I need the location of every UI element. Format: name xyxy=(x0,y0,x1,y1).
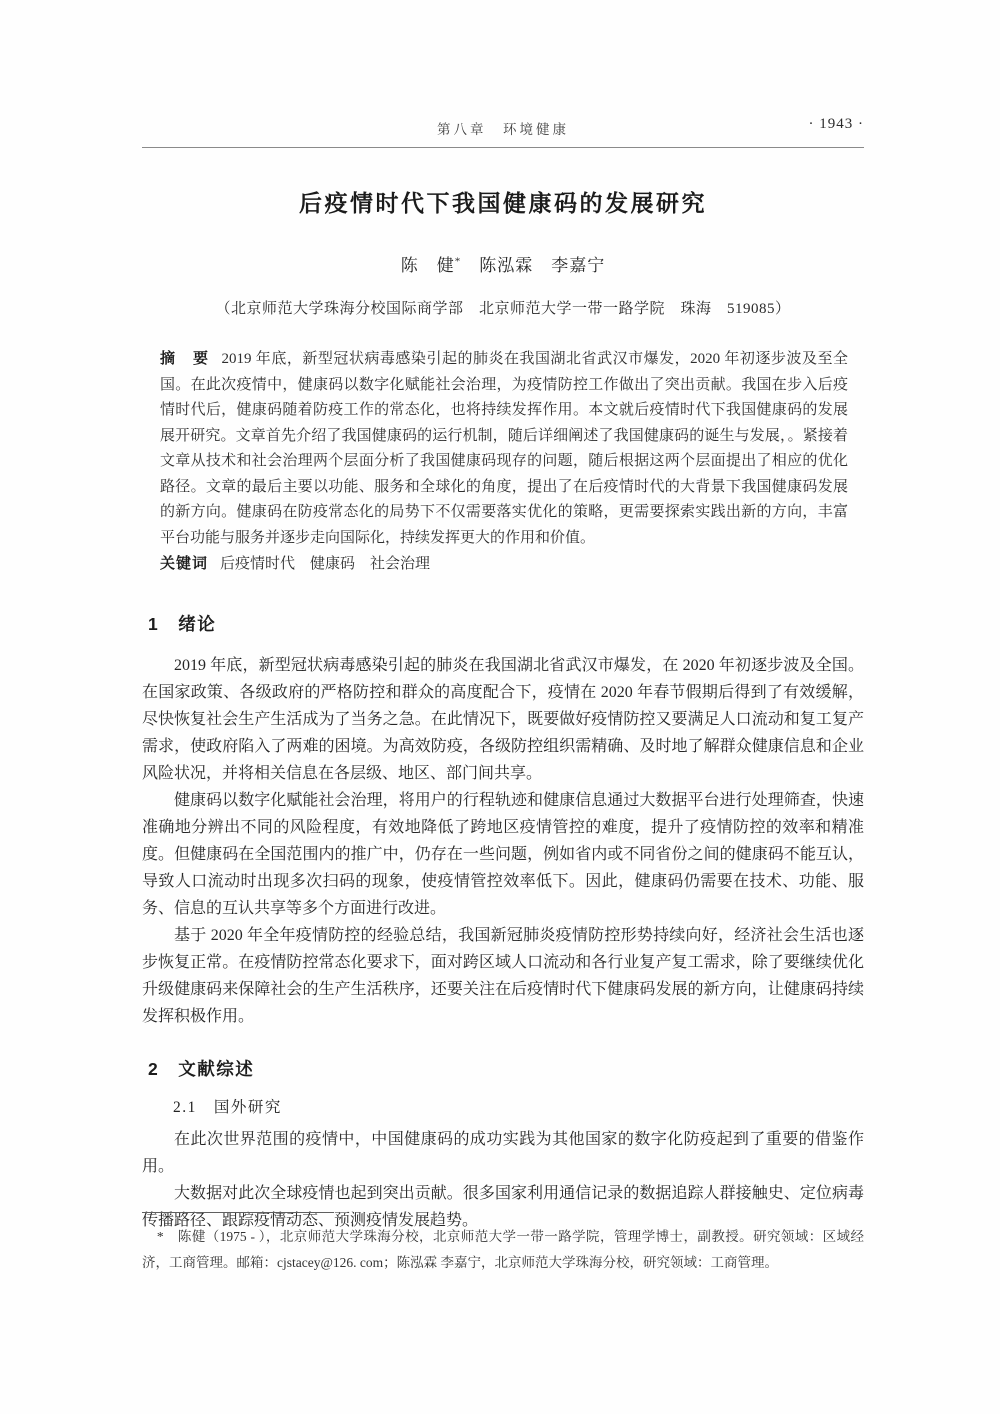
header-rule xyxy=(142,147,864,148)
running-head-chapter: 第八章 环境健康 xyxy=(437,122,569,137)
article-title: 后疫情时代下我国健康码的发展研究 xyxy=(142,185,864,218)
section-2-paragraph-1: 在此次世界范围的疫情中，中国健康码的成功实践为其他国家的数字化防疫起到了重要的借… xyxy=(142,1126,864,1180)
abstract-text: 2019 年底，新型冠状病毒感染引起的肺炎在我国湖北省武汉市爆发，2020 年初… xyxy=(160,351,848,546)
section-1-paragraph-1: 2019 年底，新型冠状病毒感染引起的肺炎在我国湖北省武汉市爆发，在 2020 … xyxy=(142,652,864,787)
section-literature-review: 2 文献综述 2.1 国外研究 在此次世界范围的疫情中，中国健康码的成功实践为其… xyxy=(142,1056,864,1234)
author-first: 陈 健 xyxy=(401,256,455,275)
section-1-paragraph-2: 健康码以数字化赋能社会治理，将用户的行程轨迹和健康信息通过大数据平台进行处理筛查… xyxy=(142,787,864,922)
authors-line: 陈 健* 陈泓霖 李嘉宁 xyxy=(142,251,864,276)
section-introduction: 1 绪论 2019 年底，新型冠状病毒感染引起的肺炎在我国湖北省武汉市爆发，在 … xyxy=(142,611,864,1030)
abstract-label: 摘 要 xyxy=(160,350,210,367)
subsection-2-1-heading: 2.1 国外研究 xyxy=(142,1095,864,1117)
footnote-text: * 陈健（1975 - ），北京师范大学珠海分校，北京师范大学一带一路学院，管理… xyxy=(142,1224,864,1276)
footnote-rule xyxy=(142,1212,334,1213)
page-number: · 1943 · xyxy=(809,116,865,133)
section-1-paragraph-3: 基于 2020 年全年疫情防控的经验总结，我国新冠肺炎疫情防控形势持续向好，经济… xyxy=(142,922,864,1030)
affiliation-line: （北京师范大学珠海分校国际商学部 北京师范大学一带一路学院 珠海 519085） xyxy=(142,297,864,318)
footnote-area: * 陈健（1975 - ），北京师范大学珠海分校，北京师范大学一带一路学院，管理… xyxy=(142,1212,864,1276)
section-1-heading: 1 绪论 xyxy=(148,611,864,636)
document-page: 第八章 环境健康 · 1943 · 后疫情时代下我国健康码的发展研究 陈 健* … xyxy=(0,0,1000,1414)
keywords-label: 关键词 xyxy=(160,555,208,572)
keywords-text: 后疫情时代 健康码 社会治理 xyxy=(220,556,430,572)
section-2-heading: 2 文献综述 xyxy=(148,1056,864,1081)
authors-others: 陈泓霖 李嘉宁 xyxy=(461,256,605,275)
keywords: 关键词后疫情时代 健康码 社会治理 xyxy=(160,551,848,578)
abstract: 摘 要2019 年底，新型冠状病毒感染引起的肺炎在我国湖北省武汉市爆发，2020… xyxy=(142,346,864,578)
running-head: 第八章 环境健康 · 1943 · xyxy=(142,118,864,138)
